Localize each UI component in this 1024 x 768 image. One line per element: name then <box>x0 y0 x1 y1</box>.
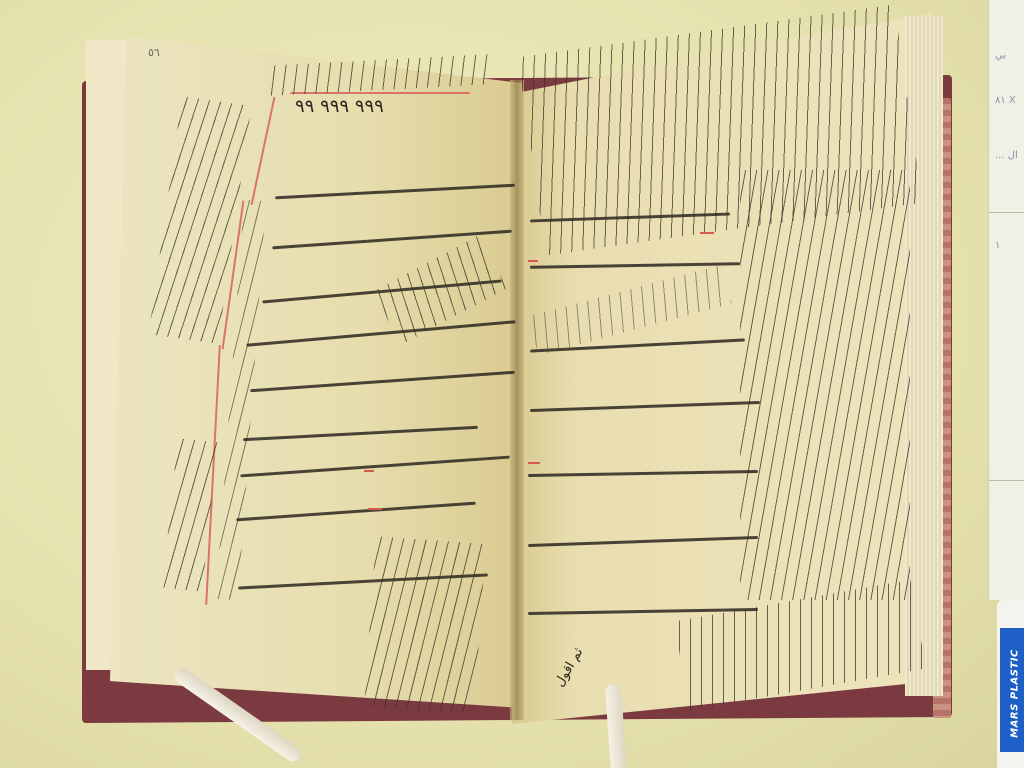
rubric-mark <box>364 470 374 472</box>
rubric-mark <box>528 462 540 464</box>
paper-mark: ١ <box>995 240 1000 251</box>
eraser-brand: MARS PLASTIC <box>1010 634 1021 754</box>
paper-mark: بي <box>995 50 1006 61</box>
eraser-sleeve: MARS PLASTIC <box>1000 628 1024 752</box>
rubric-mark <box>700 232 714 234</box>
paper-rule <box>989 480 1024 481</box>
ornament-digits: ٩٩٩ ٩٩٩ ٩٩ <box>295 96 384 117</box>
rubric-mark <box>528 260 538 262</box>
rubric-mark <box>368 508 382 510</box>
eraser: MARS PLASTIC <box>997 600 1024 768</box>
marginal-gloss-block <box>740 170 910 600</box>
marginal-gloss <box>364 536 486 713</box>
paper-mark: ... ال <box>995 150 1018 161</box>
paper-rule <box>989 212 1024 213</box>
book-gutter <box>510 80 524 720</box>
folio-number: ٥٦ <box>148 46 160 59</box>
paper-mark: ٨١ X <box>995 95 1016 106</box>
side-note-paper: بي ٨١ X ... ال ١ <box>988 0 1024 600</box>
